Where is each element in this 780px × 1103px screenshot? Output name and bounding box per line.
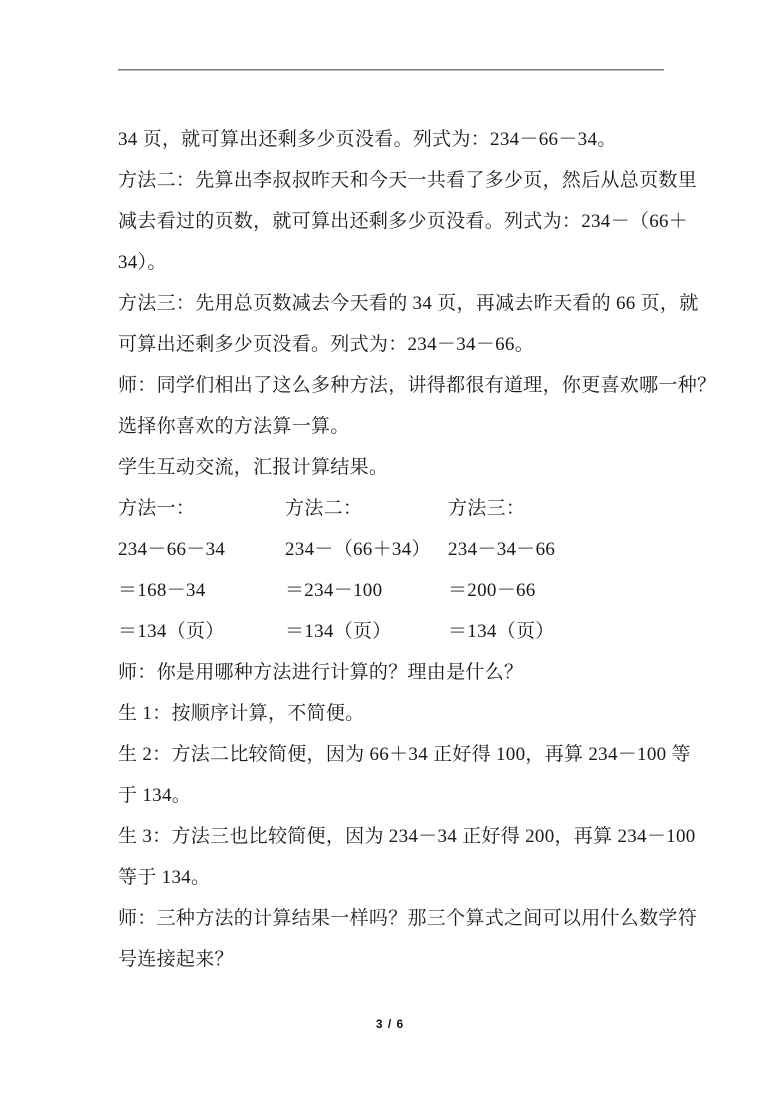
method-3-label: 方法三： <box>448 488 674 529</box>
method-1-result: ＝134（页） <box>118 611 285 652</box>
method-1-step: ＝168－34 <box>118 570 285 611</box>
document-page: 34 页，就可算出还剩多少页没看。列式为：234－66－34。 方法二：先算出李… <box>0 0 780 1103</box>
method-3-step: ＝200－66 <box>448 570 674 611</box>
text-line: 学生互动交流，汇报计算结果。 <box>118 447 674 488</box>
text-line: 生 2：方法二比较简便，因为 66＋34 正好得 100，再算 234－100 … <box>118 734 674 775</box>
text-line: 等于 134。 <box>118 857 674 898</box>
text-line: 方法三：先用总页数减去今天看的 34 页，再减去昨天看的 66 页，就 <box>118 283 674 324</box>
method-2-expression: 234－（66＋34） <box>285 529 448 570</box>
text-line: 34）。 <box>118 242 674 283</box>
page-number: 3 / 6 <box>376 1017 404 1031</box>
text-line: 34 页，就可算出还剩多少页没看。列式为：234－66－34。 <box>118 119 674 160</box>
text-line: 师：三种方法的计算结果一样吗？那三个算式之间可以用什么数学符 <box>118 898 674 939</box>
text-line: 生 1：按顺序计算，不简便。 <box>118 693 674 734</box>
text-line: 号连接起来？ <box>118 939 674 980</box>
text-line: 生 3：方法三也比较简便，因为 234－34 正好得 200，再算 234－10… <box>118 816 674 857</box>
text-line: 师：同学们相出了这么多种方法，讲得都很有道理，你更喜欢哪一种？ <box>118 365 674 406</box>
text-line: 师：你是用哪种方法进行计算的？理由是什么？ <box>118 652 674 693</box>
method-1-label: 方法一： <box>118 488 285 529</box>
document-body: 34 页，就可算出还剩多少页没看。列式为：234－66－34。 方法二：先算出李… <box>118 119 674 980</box>
page-footer: 3 / 6 <box>0 1015 780 1033</box>
text-line: 选择你喜欢的方法算一算。 <box>118 406 674 447</box>
header-rule <box>118 69 664 71</box>
text-line: 可算出还剩多少页没看。列式为：234－34－66。 <box>118 324 674 365</box>
text-line: 减去看过的页数，就可算出还剩多少页没看。列式为：234－（66＋ <box>118 201 674 242</box>
method-2-step: ＝234－100 <box>285 570 448 611</box>
text-line: 于 134。 <box>118 775 674 816</box>
methods-comparison-table: 方法一： 方法二： 方法三： 234－66－34 234－（66＋34） 234… <box>118 488 674 652</box>
method-3-expression: 234－34－66 <box>448 529 674 570</box>
text-line: 方法二：先算出李叔叔昨天和今天一共看了多少页，然后从总页数里 <box>118 160 674 201</box>
method-2-label: 方法二： <box>285 488 448 529</box>
method-2-result: ＝134（页） <box>285 611 448 652</box>
method-3-result: ＝134（页） <box>448 611 674 652</box>
method-1-expression: 234－66－34 <box>118 529 285 570</box>
